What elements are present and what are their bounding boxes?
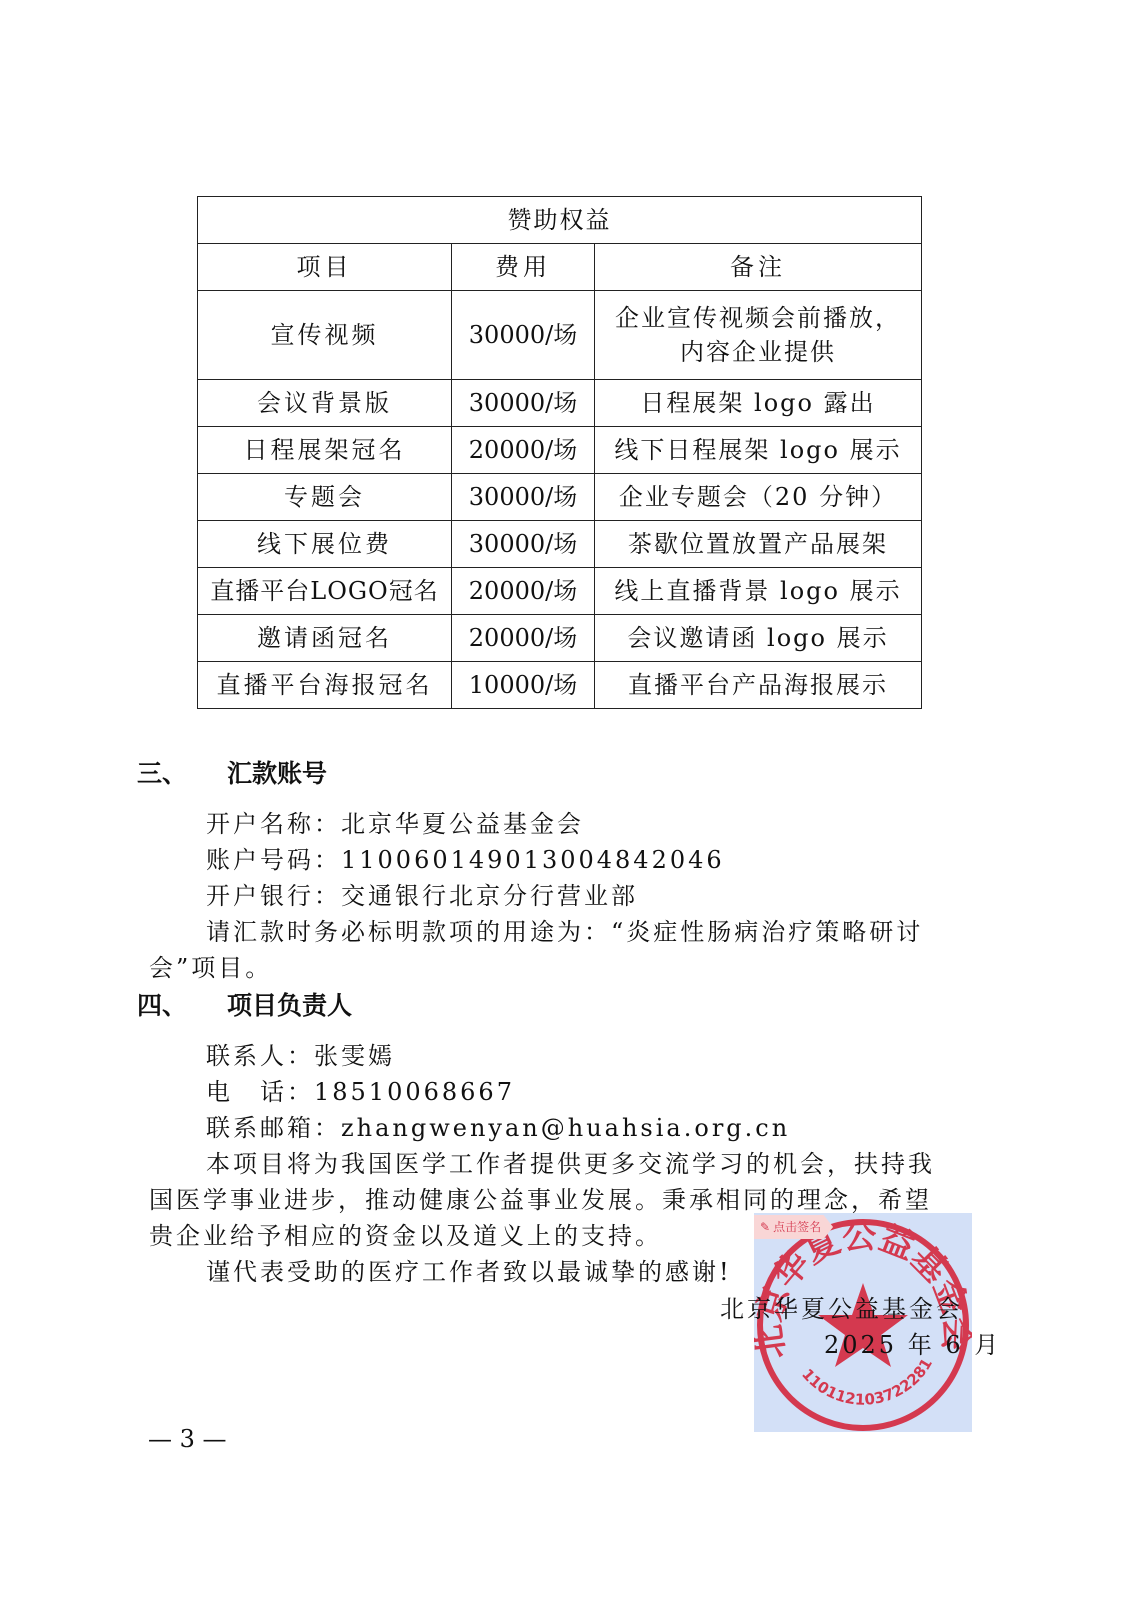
- table-row: 邀请函冠名 20000/场 会议邀请函 logo 展示: [198, 615, 922, 662]
- cell-note: 企业专题会（20 分钟）: [595, 474, 922, 521]
- seal-code: 110112103722281: [798, 1355, 936, 1409]
- cell-item: 直播平台海报冠名: [198, 662, 452, 709]
- remittance-note-line: 请汇款时务必标明款项的用途为：“炎症性肠病治疗策略研讨: [206, 912, 923, 947]
- table-row: 直播平台LOGO冠名 20000/场 线上直播背景 logo 展示: [198, 568, 922, 615]
- cell-fee: 20000/场: [452, 568, 595, 615]
- cell-item: 专题会: [198, 474, 452, 521]
- document-page: 赞助权益 项目 费用 备注 宣传视频 30000/场 企业宣传视频会前播放， 内…: [0, 0, 1131, 1600]
- table-row: 直播平台海报冠名 10000/场 直播平台产品海报展示: [198, 662, 922, 709]
- table-header-row: 项目 费用 备注: [198, 244, 922, 291]
- table-row: 宣传视频 30000/场 企业宣传视频会前播放， 内容企业提供: [198, 291, 922, 380]
- cell-note-line: 内容企业提供: [595, 335, 921, 369]
- cell-fee: 20000/场: [452, 615, 595, 662]
- closing-paragraph-line: 贵企业给予相应的资金以及道义上的支持。: [149, 1216, 662, 1251]
- sign-tag-label: 点击签名: [773, 1220, 821, 1234]
- closing-paragraph-line: 国医学事业进步，推动健康公益事业发展。秉承相同的理念，希望: [149, 1180, 932, 1215]
- cell-fee: 30000/场: [452, 291, 595, 380]
- table-row: 日程展架冠名 20000/场 线下日程展架 logo 展示: [198, 427, 922, 474]
- contact-email: 联系邮箱：zhangwenyan@huahsia.org.cn: [206, 1108, 790, 1143]
- cell-item: 邀请函冠名: [198, 615, 452, 662]
- header-note: 备注: [595, 244, 922, 291]
- cell-note: 线下日程展架 logo 展示: [595, 427, 922, 474]
- section-title: 汇款账号: [227, 759, 327, 788]
- closing-paragraph-line: 本项目将为我国医学工作者提供更多交流学习的机会，扶持我: [206, 1144, 935, 1179]
- account-name: 开户名称：北京华夏公益基金会: [206, 804, 584, 839]
- signature-org: 北京华夏公益基金会: [720, 1289, 963, 1324]
- cell-item: 会议背景版: [198, 380, 452, 427]
- table-title-row: 赞助权益: [198, 197, 922, 244]
- section-number: 三、: [137, 754, 227, 790]
- section-number: 四、: [137, 986, 227, 1022]
- remittance-note-line: 会”项目。: [149, 948, 272, 983]
- section-heading-contact: 四、项目负责人: [137, 986, 352, 1022]
- cell-item: 线下展位费: [198, 521, 452, 568]
- cell-fee: 30000/场: [452, 521, 595, 568]
- header-item: 项目: [198, 244, 452, 291]
- cell-fee: 30000/场: [452, 474, 595, 521]
- thanks-line: 谨代表受助的医疗工作者致以最诚挚的感谢!: [206, 1252, 732, 1287]
- cell-item: 宣传视频: [198, 291, 452, 380]
- section-heading-remittance: 三、汇款账号: [137, 754, 327, 790]
- cell-note: 直播平台产品海报展示: [595, 662, 922, 709]
- svg-text:110112103722281: 110112103722281: [798, 1355, 936, 1409]
- cell-item: 直播平台LOGO冠名: [198, 568, 452, 615]
- table-title: 赞助权益: [198, 197, 922, 244]
- cell-note: 线上直播背景 logo 展示: [595, 568, 922, 615]
- contact-phone: 电 话：18510068667: [206, 1072, 515, 1107]
- table-row: 专题会 30000/场 企业专题会（20 分钟）: [198, 474, 922, 521]
- click-to-sign-button[interactable]: ✎点击签名: [754, 1215, 833, 1239]
- pen-icon: ✎: [760, 1220, 770, 1234]
- cell-note-line: 企业宣传视频会前播放，: [595, 301, 921, 335]
- page-number: — 3 —: [148, 1425, 227, 1453]
- cell-fee: 20000/场: [452, 427, 595, 474]
- cell-note: 会议邀请函 logo 展示: [595, 615, 922, 662]
- cell-note: 日程展架 logo 露出: [595, 380, 922, 427]
- cell-fee: 30000/场: [452, 380, 595, 427]
- table-row: 会议背景版 30000/场 日程展架 logo 露出: [198, 380, 922, 427]
- cell-item: 日程展架冠名: [198, 427, 452, 474]
- header-fee: 费用: [452, 244, 595, 291]
- cell-note: 茶歇位置放置产品展架: [595, 521, 922, 568]
- section-title: 项目负责人: [227, 991, 352, 1020]
- cell-note: 企业宣传视频会前播放， 内容企业提供: [595, 291, 922, 380]
- sponsorship-table: 赞助权益 项目 费用 备注 宣传视频 30000/场 企业宣传视频会前播放， 内…: [197, 196, 922, 709]
- signature-date: 2025 年 6 月: [824, 1325, 1001, 1360]
- account-number: 账户号码：110060149013004842046: [206, 840, 725, 875]
- table-row: 线下展位费 30000/场 茶歇位置放置产品展架: [198, 521, 922, 568]
- contact-person: 联系人：张雯嫣: [206, 1036, 395, 1071]
- account-bank: 开户银行：交通银行北京分行营业部: [206, 876, 638, 911]
- cell-fee: 10000/场: [452, 662, 595, 709]
